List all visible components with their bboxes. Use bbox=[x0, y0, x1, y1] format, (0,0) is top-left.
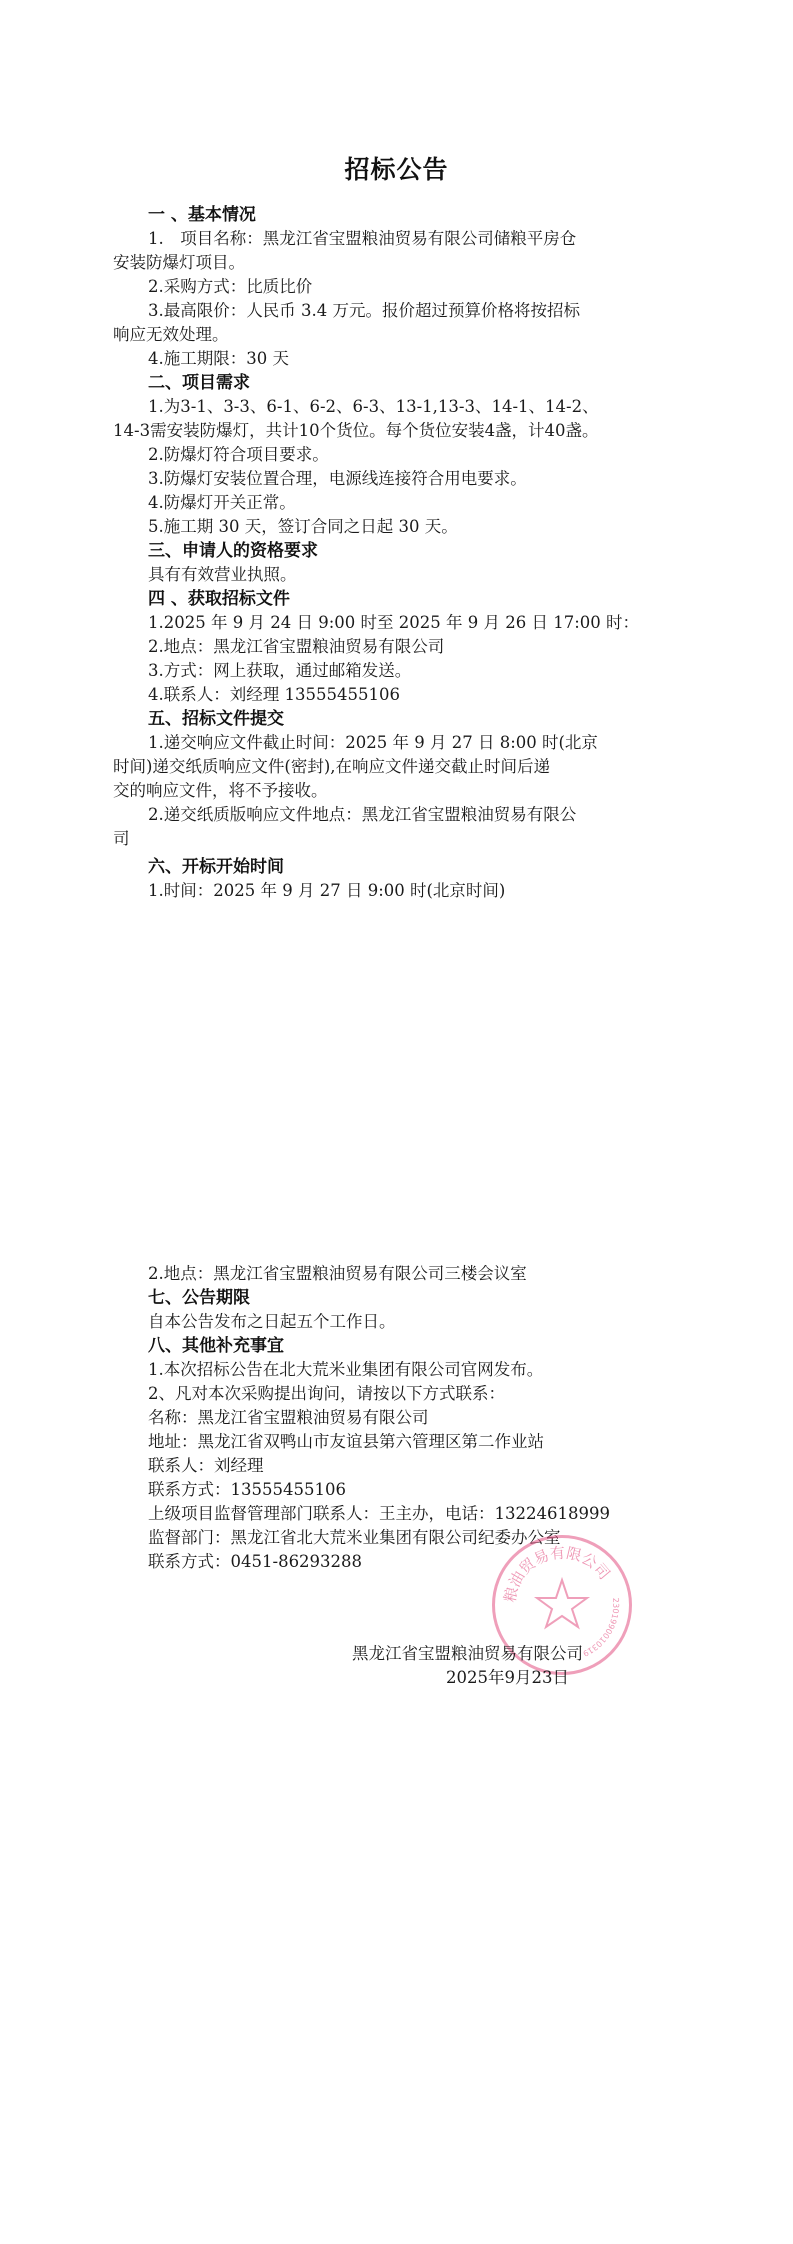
paragraph-line: 响应无效处理。 bbox=[113, 323, 683, 347]
paragraph-line: 1.递交响应文件截止时间：2025 年 9 月 27 日 8:00 时(北京 bbox=[113, 731, 683, 755]
page-title: 招标公告 bbox=[0, 150, 793, 186]
paragraph-line: 具有有效营业执照。 bbox=[113, 563, 683, 587]
signature-company: 黑龙江省宝盟粮油贸易有限公司 bbox=[352, 1642, 583, 1666]
paragraph-line: 地址：黑龙江省双鸭山市友谊县第六管理区第二作业站 bbox=[113, 1430, 683, 1454]
paragraph-line: 4.防爆灯开关正常。 bbox=[113, 491, 683, 515]
signature-date: 2025年9月23日 bbox=[446, 1666, 569, 1690]
paragraph-line: 1.时间：2025 年 9 月 27 日 9:00 时(北京时间) bbox=[113, 879, 683, 903]
paragraph-line: 2.递交纸质版响应文件地点：黑龙江省宝盟粮油贸易有限公 bbox=[113, 803, 683, 827]
paragraph-line: 交的响应文件，将不予接收。 bbox=[113, 779, 683, 803]
section-heading: 四 、获取招标文件 bbox=[113, 587, 683, 611]
paragraph-line: 4.联系人：刘经理 13555455106 bbox=[113, 683, 683, 707]
paragraph-line: 名称：黑龙江省宝盟粮油贸易有限公司 bbox=[113, 1406, 683, 1430]
paragraph-line: 2、凡对本次采购提出询问，请按以下方式联系： bbox=[113, 1382, 683, 1406]
paragraph-line: 2.地点：黑龙江省宝盟粮油贸易有限公司三楼会议室 bbox=[113, 1262, 683, 1286]
paragraph-line: 3.防爆灯安装位置合理，电源线连接符合用电要求。 bbox=[113, 467, 683, 491]
paragraph-line: 1.2025 年 9 月 24 日 9:00 时至 2025 年 9 月 26 … bbox=[113, 611, 683, 635]
paragraph-line: 3.最高限价：人民币 3.4 万元。报价超过预算价格将按招标 bbox=[113, 299, 683, 323]
paragraph-line: 安装防爆灯项目。 bbox=[113, 251, 683, 275]
paragraph-line: 4.施工期限：30 天 bbox=[113, 347, 683, 371]
paragraph-line: 联系方式：13555455106 bbox=[113, 1478, 683, 1502]
section-heading: 三、申请人的资格要求 bbox=[113, 539, 683, 563]
section-heading: 一 、基本情况 bbox=[113, 203, 683, 227]
paragraph-line: 1.为3-1、3-3、6-1、6-2、6-3、13-1,13-3、14-1、14… bbox=[113, 395, 683, 419]
paragraph-line: 联系人：刘经理 bbox=[113, 1454, 683, 1478]
paragraph-line: 14-3需安装防爆灯，共计10个货位。每个货位安装4盏，计40盏。 bbox=[113, 419, 683, 443]
section-heading: 五、招标文件提交 bbox=[113, 707, 683, 731]
paragraph-line: 2.地点：黑龙江省宝盟粮油贸易有限公司 bbox=[113, 635, 683, 659]
paragraph-line: 上级项目监督管理部门联系人：王主办，电话：13224618999 bbox=[113, 1502, 683, 1526]
section-heading: 二、项目需求 bbox=[113, 371, 683, 395]
paragraph-line: 1. 项目名称：黑龙江省宝盟粮油贸易有限公司储粮平房仓 bbox=[113, 227, 683, 251]
document-body-part-2: 2.地点：黑龙江省宝盟粮油贸易有限公司三楼会议室 七、公告期限 自本公告发布之日… bbox=[113, 1262, 683, 1574]
paragraph-line: 司 bbox=[113, 827, 683, 851]
paragraph-line: 5.施工期 30 天，签订合同之日起 30 天。 bbox=[113, 515, 683, 539]
document-body-part-1: 一 、基本情况 1. 项目名称：黑龙江省宝盟粮油贸易有限公司储粮平房仓 安装防爆… bbox=[113, 203, 683, 903]
section-heading: 八、其他补充事宜 bbox=[113, 1334, 683, 1358]
section-heading: 七、公告期限 bbox=[113, 1286, 683, 1310]
svg-text:2301990010319: 2301990010319 bbox=[581, 1597, 620, 1658]
paragraph-line: 2.采购方式：比质比价 bbox=[113, 275, 683, 299]
paragraph-line: 2.防爆灯符合项目要求。 bbox=[113, 443, 683, 467]
section-heading: 六、开标开始时间 bbox=[113, 855, 683, 879]
paragraph-line: 自本公告发布之日起五个工作日。 bbox=[113, 1310, 683, 1334]
document-page: 招标公告 一 、基本情况 1. 项目名称：黑龙江省宝盟粮油贸易有限公司储粮平房仓… bbox=[0, 0, 793, 2244]
paragraph-line: 时间)递交纸质响应文件(密封),在响应文件递交截止时间后递 bbox=[113, 755, 683, 779]
paragraph-line: 3.方式：网上获取，通过邮箱发送。 bbox=[113, 659, 683, 683]
paragraph-line: 1.本次招标公告在北大荒米业集团有限公司官网发布。 bbox=[113, 1358, 683, 1382]
